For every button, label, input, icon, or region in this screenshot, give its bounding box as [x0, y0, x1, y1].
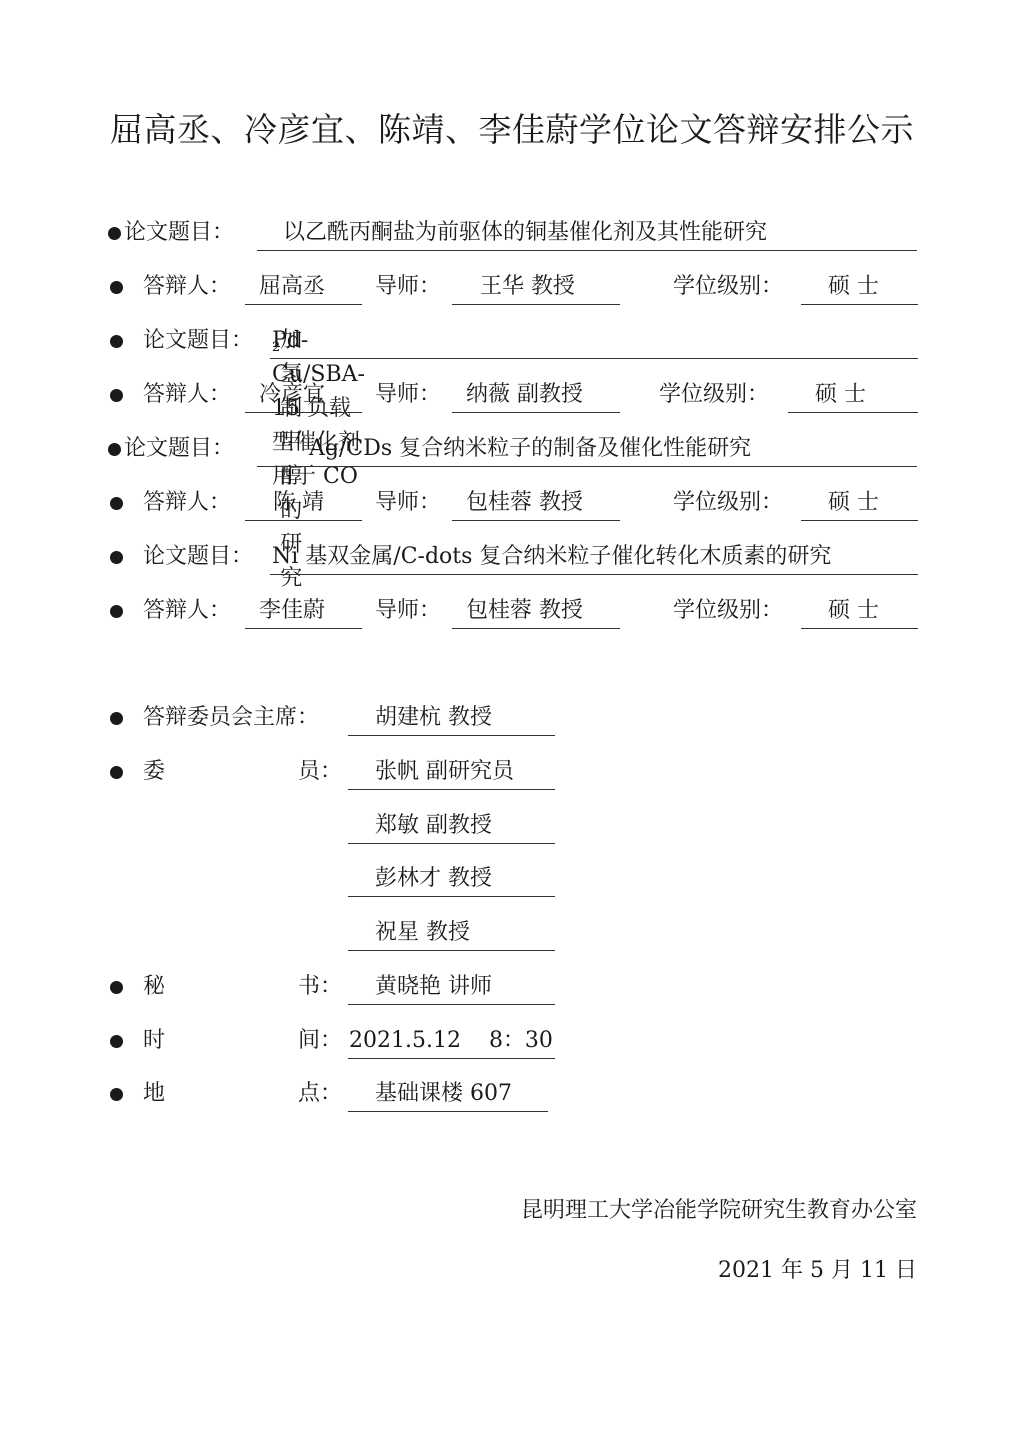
defender-name: 冷彦宜	[259, 378, 325, 412]
degree-value: 硕 士	[815, 378, 866, 412]
advisor-field: 王华 教授	[452, 270, 620, 305]
defender-field: 冷彦宜	[245, 378, 362, 413]
bullet-icon	[110, 1035, 123, 1048]
page-title: 屈高丞、冷彦宜、陈靖、李佳蔚学位论文答辩安排公示	[0, 104, 1024, 151]
thesis-title-text: Ni 基双金属/C-dots 复合纳米粒子催化转化木质素的研究	[272, 540, 831, 574]
advisor-label: 导师：	[375, 378, 441, 412]
thesis-title-field: Ni 基双金属/C-dots 复合纳米粒子催化转化木质素的研究	[270, 540, 918, 575]
defender-field: 陈 靖	[245, 486, 362, 521]
degree-label: 学位级别：	[673, 486, 783, 520]
member-row-4: 祝星 教授	[0, 916, 1024, 950]
thesis-row-1: 论文题目： 以乙酰丙酮盐为前驱体的铜基催化剂及其性能研究	[0, 216, 1024, 250]
member-name: 祝星 教授	[375, 916, 470, 950]
time-label-a: 时	[143, 1024, 165, 1058]
degree-field: 硕 士	[801, 594, 918, 629]
thesis-title-text: Pd-Cu/SBA-15 负载型催化剂用于 CO2 加氢制甲醇的研究	[272, 324, 280, 358]
member-row-3: 彭林才 教授	[0, 862, 1024, 896]
thesis-title-field: 以乙酰丙酮盐为前驱体的铜基催化剂及其性能研究	[257, 216, 917, 251]
degree-value: 硕 士	[828, 486, 879, 520]
secretary-label-b: 书：	[298, 970, 342, 1004]
member-row-2: 郑敏 副教授	[0, 809, 1024, 843]
degree-field: 硕 士	[788, 378, 918, 413]
bullet-icon	[110, 335, 123, 348]
chair-name: 胡建杭 教授	[375, 701, 492, 735]
advisor-name: 王华 教授	[480, 270, 575, 304]
bullet-icon	[110, 766, 123, 779]
degree-value: 硕 士	[828, 270, 879, 304]
thesis-title-field: Pd-Cu/SBA-15 负载型催化剂用于 CO2 加氢制甲醇的研究	[270, 324, 918, 359]
place-row: 地 点： 基础课楼 607	[0, 1077, 1024, 1111]
thesis-row-3: 论文题目： Ag/CDs 复合纳米粒子的制备及催化性能研究	[0, 432, 1024, 466]
member-field: 祝星 教授	[348, 916, 555, 951]
secretary-field: 黄晓艳 讲师	[348, 970, 555, 1005]
thesis-title-text: Ag/CDs 复合纳米粒子的制备及催化性能研究	[309, 432, 751, 466]
bullet-icon	[108, 443, 121, 456]
thesis-label: 论文题目：	[143, 540, 253, 574]
defender-field: 李佳蔚	[245, 594, 362, 629]
thesis-title-text: 以乙酰丙酮盐为前驱体的铜基催化剂及其性能研究	[283, 216, 767, 250]
advisor-field: 纳薇 副教授	[452, 378, 620, 413]
secretary-label-a: 秘	[143, 970, 165, 1004]
time-label-b: 间：	[298, 1024, 342, 1058]
member-name: 彭林才 教授	[375, 862, 492, 896]
thesis-title-field: Ag/CDs 复合纳米粒子的制备及催化性能研究	[257, 432, 917, 467]
chair-row: 答辩委员会主席： 胡建杭 教授	[0, 701, 1024, 735]
defender-row-2: 答辩人： 冷彦宜 导师： 纳薇 副教授 学位级别： 硕 士	[0, 378, 1024, 412]
defender-row-1: 答辩人： 屈高丞 导师： 王华 教授 学位级别： 硕 士	[0, 270, 1024, 304]
thesis-row-2: 论文题目： Pd-Cu/SBA-15 负载型催化剂用于 CO2 加氢制甲醇的研究	[0, 324, 1024, 358]
defender-row-4: 答辩人： 李佳蔚 导师： 包桂蓉 教授 学位级别： 硕 士	[0, 594, 1024, 628]
degree-label: 学位级别：	[659, 378, 769, 412]
bullet-icon	[110, 712, 123, 725]
advisor-name: 纳薇 副教授	[466, 378, 583, 412]
thesis-row-4: 论文题目： Ni 基双金属/C-dots 复合纳米粒子催化转化木质素的研究	[0, 540, 1024, 574]
defender-name: 李佳蔚	[259, 594, 325, 628]
advisor-field: 包桂蓉 教授	[452, 486, 620, 521]
advisor-field: 包桂蓉 教授	[452, 594, 620, 629]
member-label-b: 员：	[298, 755, 342, 789]
place-field: 基础课楼 607	[348, 1077, 548, 1112]
chair-label: 答辩委员会主席：	[143, 701, 319, 735]
bullet-icon	[110, 1088, 123, 1101]
member-name: 张帆 副研究员	[375, 755, 514, 789]
thesis-label: 论文题目：	[143, 324, 253, 358]
defender-row-3: 答辩人： 陈 靖 导师： 包桂蓉 教授 学位级别： 硕 士	[0, 486, 1024, 520]
member-field: 张帆 副研究员	[348, 755, 555, 790]
advisor-name: 包桂蓉 教授	[466, 594, 583, 628]
defender-label: 答辩人：	[143, 486, 231, 520]
member-label-a: 委	[143, 755, 165, 789]
member-name: 郑敏 副教授	[375, 809, 492, 843]
member-field: 郑敏 副教授	[348, 809, 555, 844]
place-label-b: 点：	[298, 1077, 342, 1111]
defender-field: 屈高丞	[245, 270, 362, 305]
defender-label: 答辩人：	[143, 378, 231, 412]
degree-field: 硕 士	[801, 486, 918, 521]
time-field: 2021.5.12 8：30	[348, 1024, 555, 1059]
degree-field: 硕 士	[801, 270, 918, 305]
defender-name: 陈 靖	[273, 486, 324, 520]
thesis-label: 论文题目：	[124, 216, 234, 250]
place-value: 基础课楼 607	[375, 1077, 512, 1111]
member-field: 彭林才 教授	[348, 862, 555, 897]
degree-label: 学位级别：	[673, 594, 783, 628]
time-row: 时 间： 2021.5.12 8：30	[0, 1024, 1024, 1058]
bullet-icon	[110, 981, 123, 994]
defender-name: 屈高丞	[259, 270, 325, 304]
member-row-1: 委 员： 张帆 副研究员	[0, 755, 1024, 789]
advisor-label: 导师：	[375, 270, 441, 304]
bullet-icon	[108, 227, 121, 240]
secretary-row: 秘 书： 黄晓艳 讲师	[0, 970, 1024, 1004]
thesis-label: 论文题目：	[124, 432, 234, 466]
bullet-icon	[110, 605, 123, 618]
place-label-a: 地	[143, 1077, 165, 1111]
bullet-icon	[110, 497, 123, 510]
defender-label: 答辩人：	[143, 270, 231, 304]
advisor-name: 包桂蓉 教授	[466, 486, 583, 520]
bullet-icon	[110, 389, 123, 402]
time-value: 2021.5.12 8：30	[349, 1024, 553, 1058]
bullet-icon	[110, 551, 123, 564]
advisor-label: 导师：	[375, 594, 441, 628]
bullet-icon	[110, 281, 123, 294]
issuing-office: 昆明理工大学冶能学院研究生教育办公室	[521, 1193, 917, 1224]
issue-date: 2021 年 5 月 11 日	[718, 1253, 917, 1284]
secretary-name: 黄晓艳 讲师	[375, 970, 492, 1004]
defender-label: 答辩人：	[143, 594, 231, 628]
degree-label: 学位级别：	[673, 270, 783, 304]
chair-field: 胡建杭 教授	[348, 701, 555, 736]
advisor-label: 导师：	[375, 486, 441, 520]
degree-value: 硕 士	[828, 594, 879, 628]
